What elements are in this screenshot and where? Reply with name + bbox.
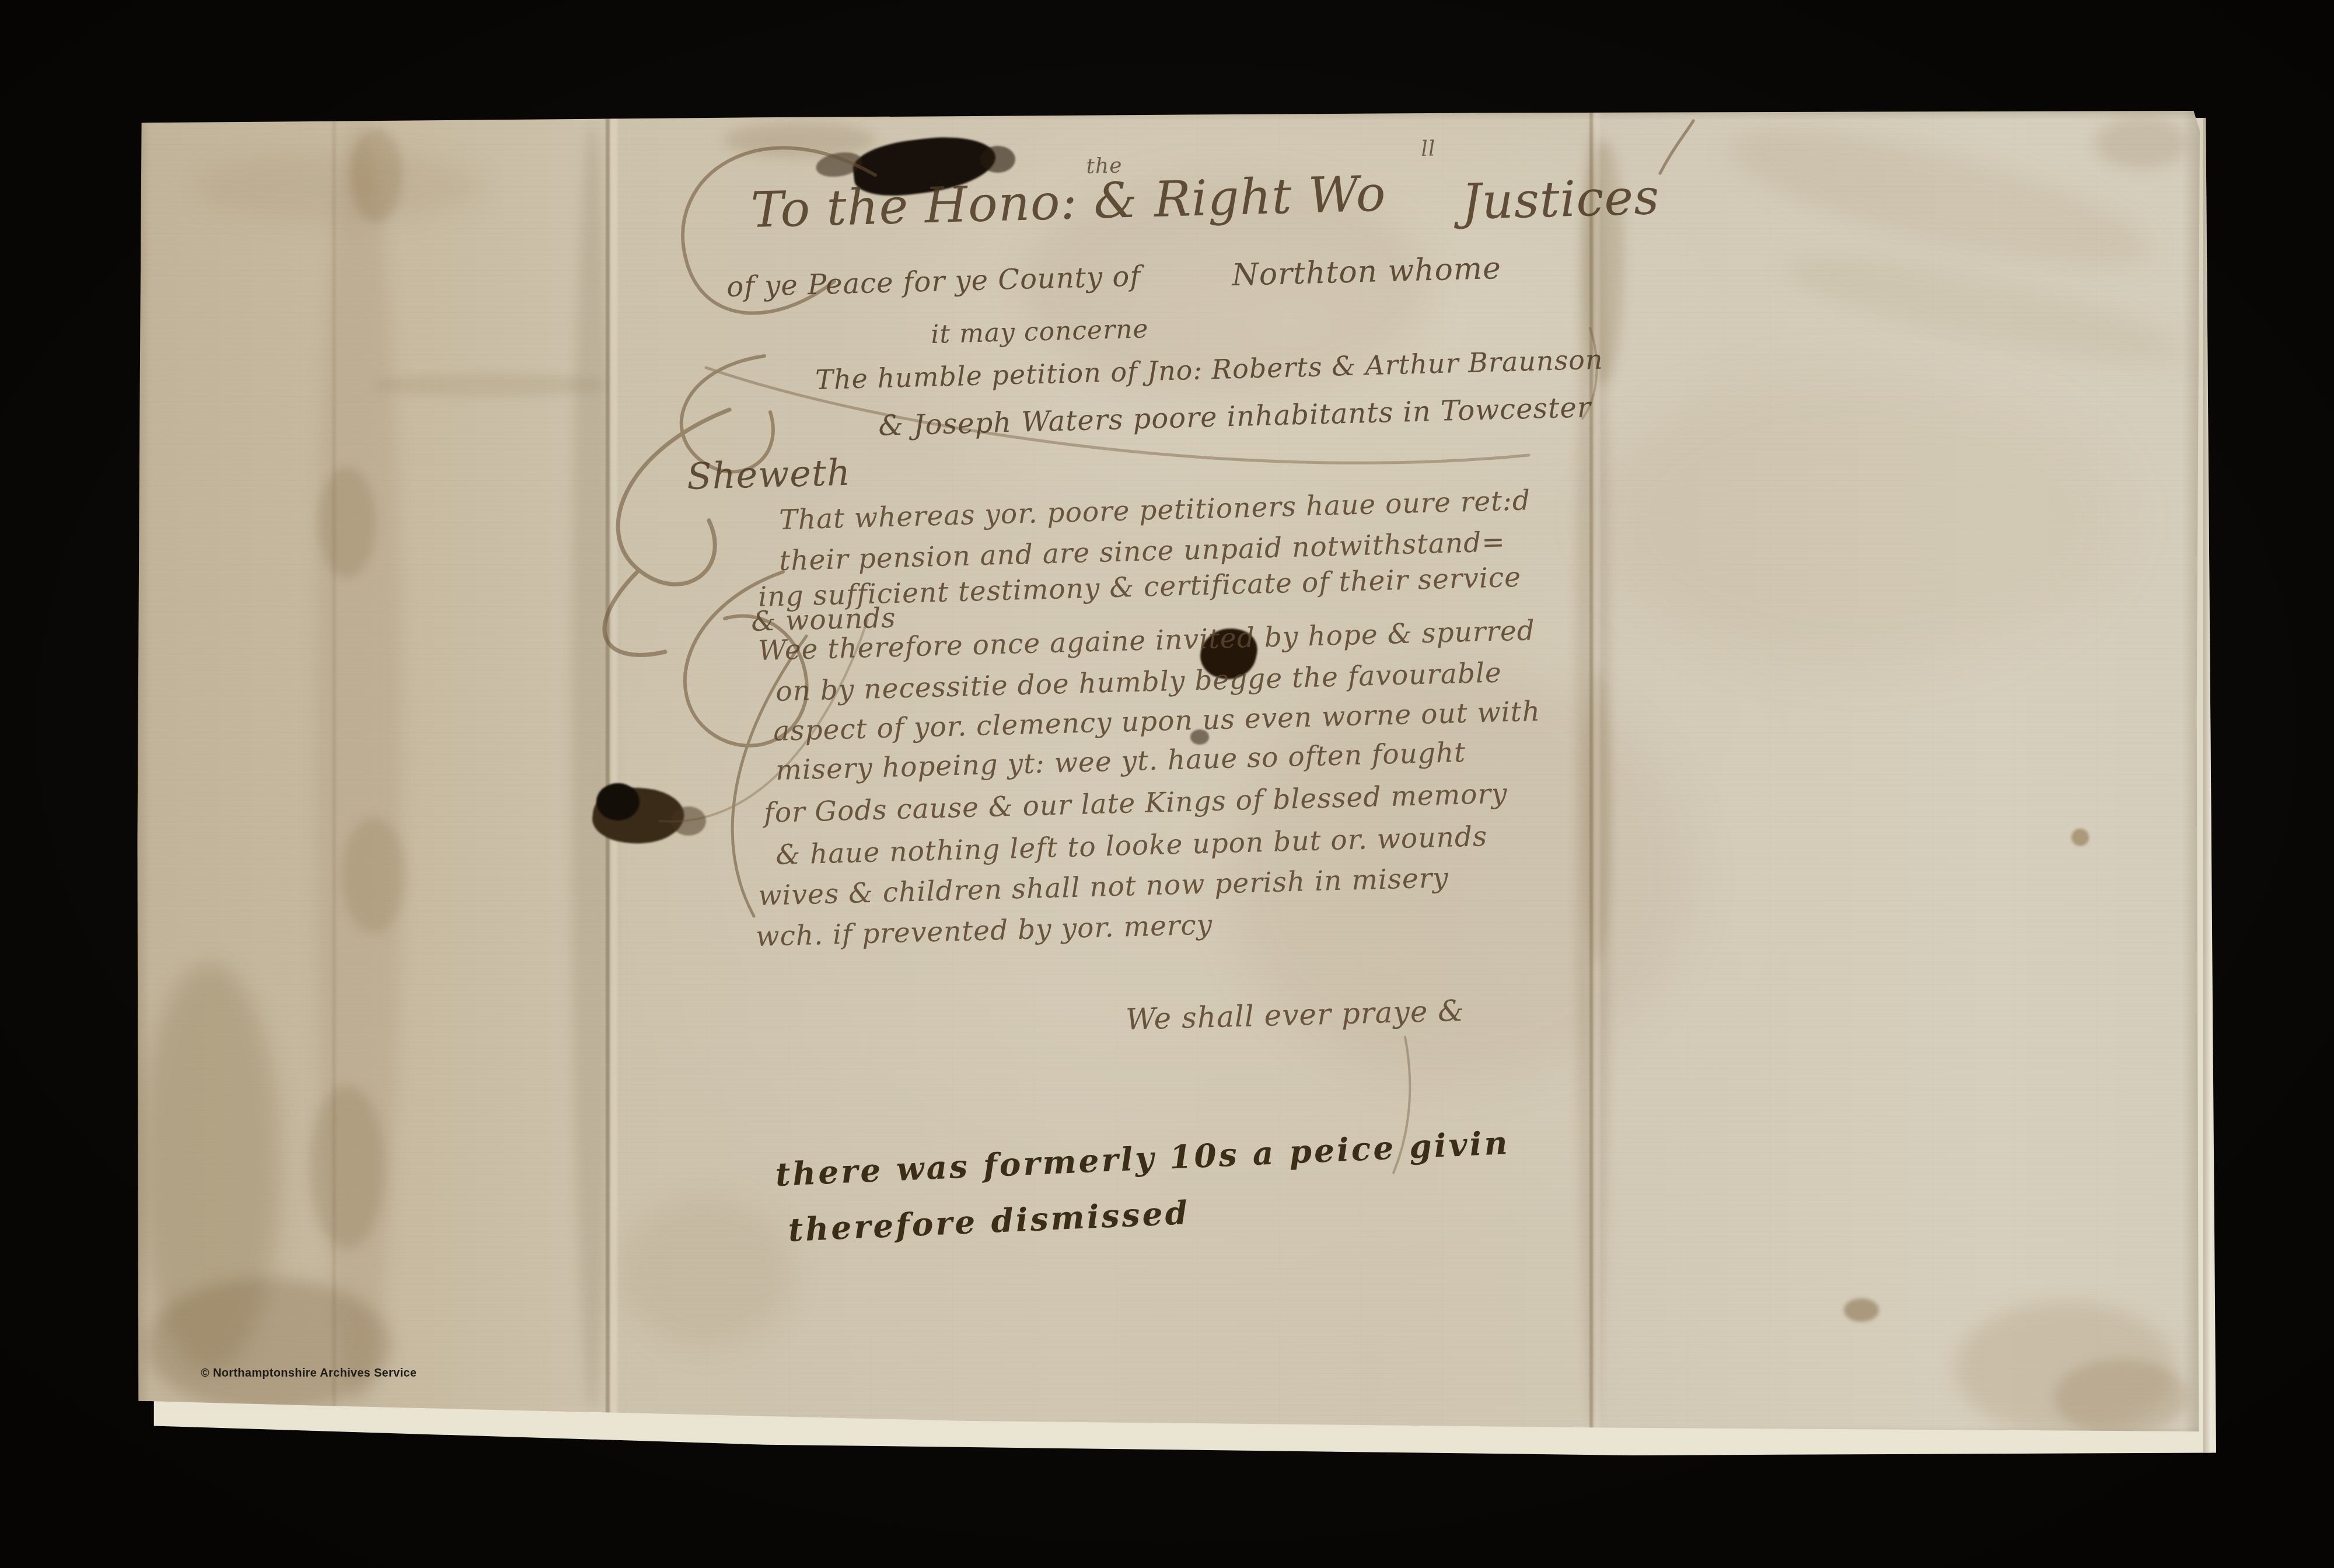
petition-document-sheet: theTo the Hono: & Right WollJusticesof y… [135,111,2200,1437]
manuscript-line: & Joseph Waters poore inhabitants in Tow… [878,393,1592,440]
manuscript-line: Sheweth [686,455,851,495]
manuscript-line: & wounds [751,605,896,635]
manuscript-line: there was formerly 10s a peice givin [775,1126,1511,1190]
manuscript-line: therefore dismissed [788,1196,1190,1246]
under-page-edge [2203,118,2211,1455]
manuscript-text-layer: theTo the Hono: & Right WollJusticesof y… [135,111,2200,1437]
watermark-copyright: © Northamptonshire Archives Service [201,1367,417,1380]
manuscript-line: misery hopeing yt: wee yt. haue so often… [775,739,1466,784]
manuscript-line: & haue nothing left to looke upon but or… [775,823,1488,869]
manuscript-line: of ye Peace for ye County of [726,262,1141,301]
manuscript-line: We shall ever praye & [1126,996,1465,1034]
manuscript-line: it may concerne [931,316,1149,348]
manuscript-line: Justices [1461,172,1660,226]
manuscript-line: That whereas yor. poore petitioners haue… [779,487,1531,534]
manuscript-line: wives & children shall not now perish in… [758,864,1449,910]
manuscript-line: ll [1421,138,1436,160]
manuscript-line: for Gods cause & our late Kings of bless… [764,780,1508,827]
manuscript-line: wch. if prevented by yor. mercy [756,912,1213,951]
manuscript-line: The humble petition of Jno: Roberts & Ar… [815,346,1603,393]
manuscript-line: Northton whome [1232,253,1502,291]
photo-background: theTo the Hono: & Right WollJusticesof y… [0,0,2334,1568]
manuscript-line: on by necessitie doe humbly begge the fa… [775,659,1503,706]
manuscript-line: To the Hono: & Right Wo [750,169,1386,235]
